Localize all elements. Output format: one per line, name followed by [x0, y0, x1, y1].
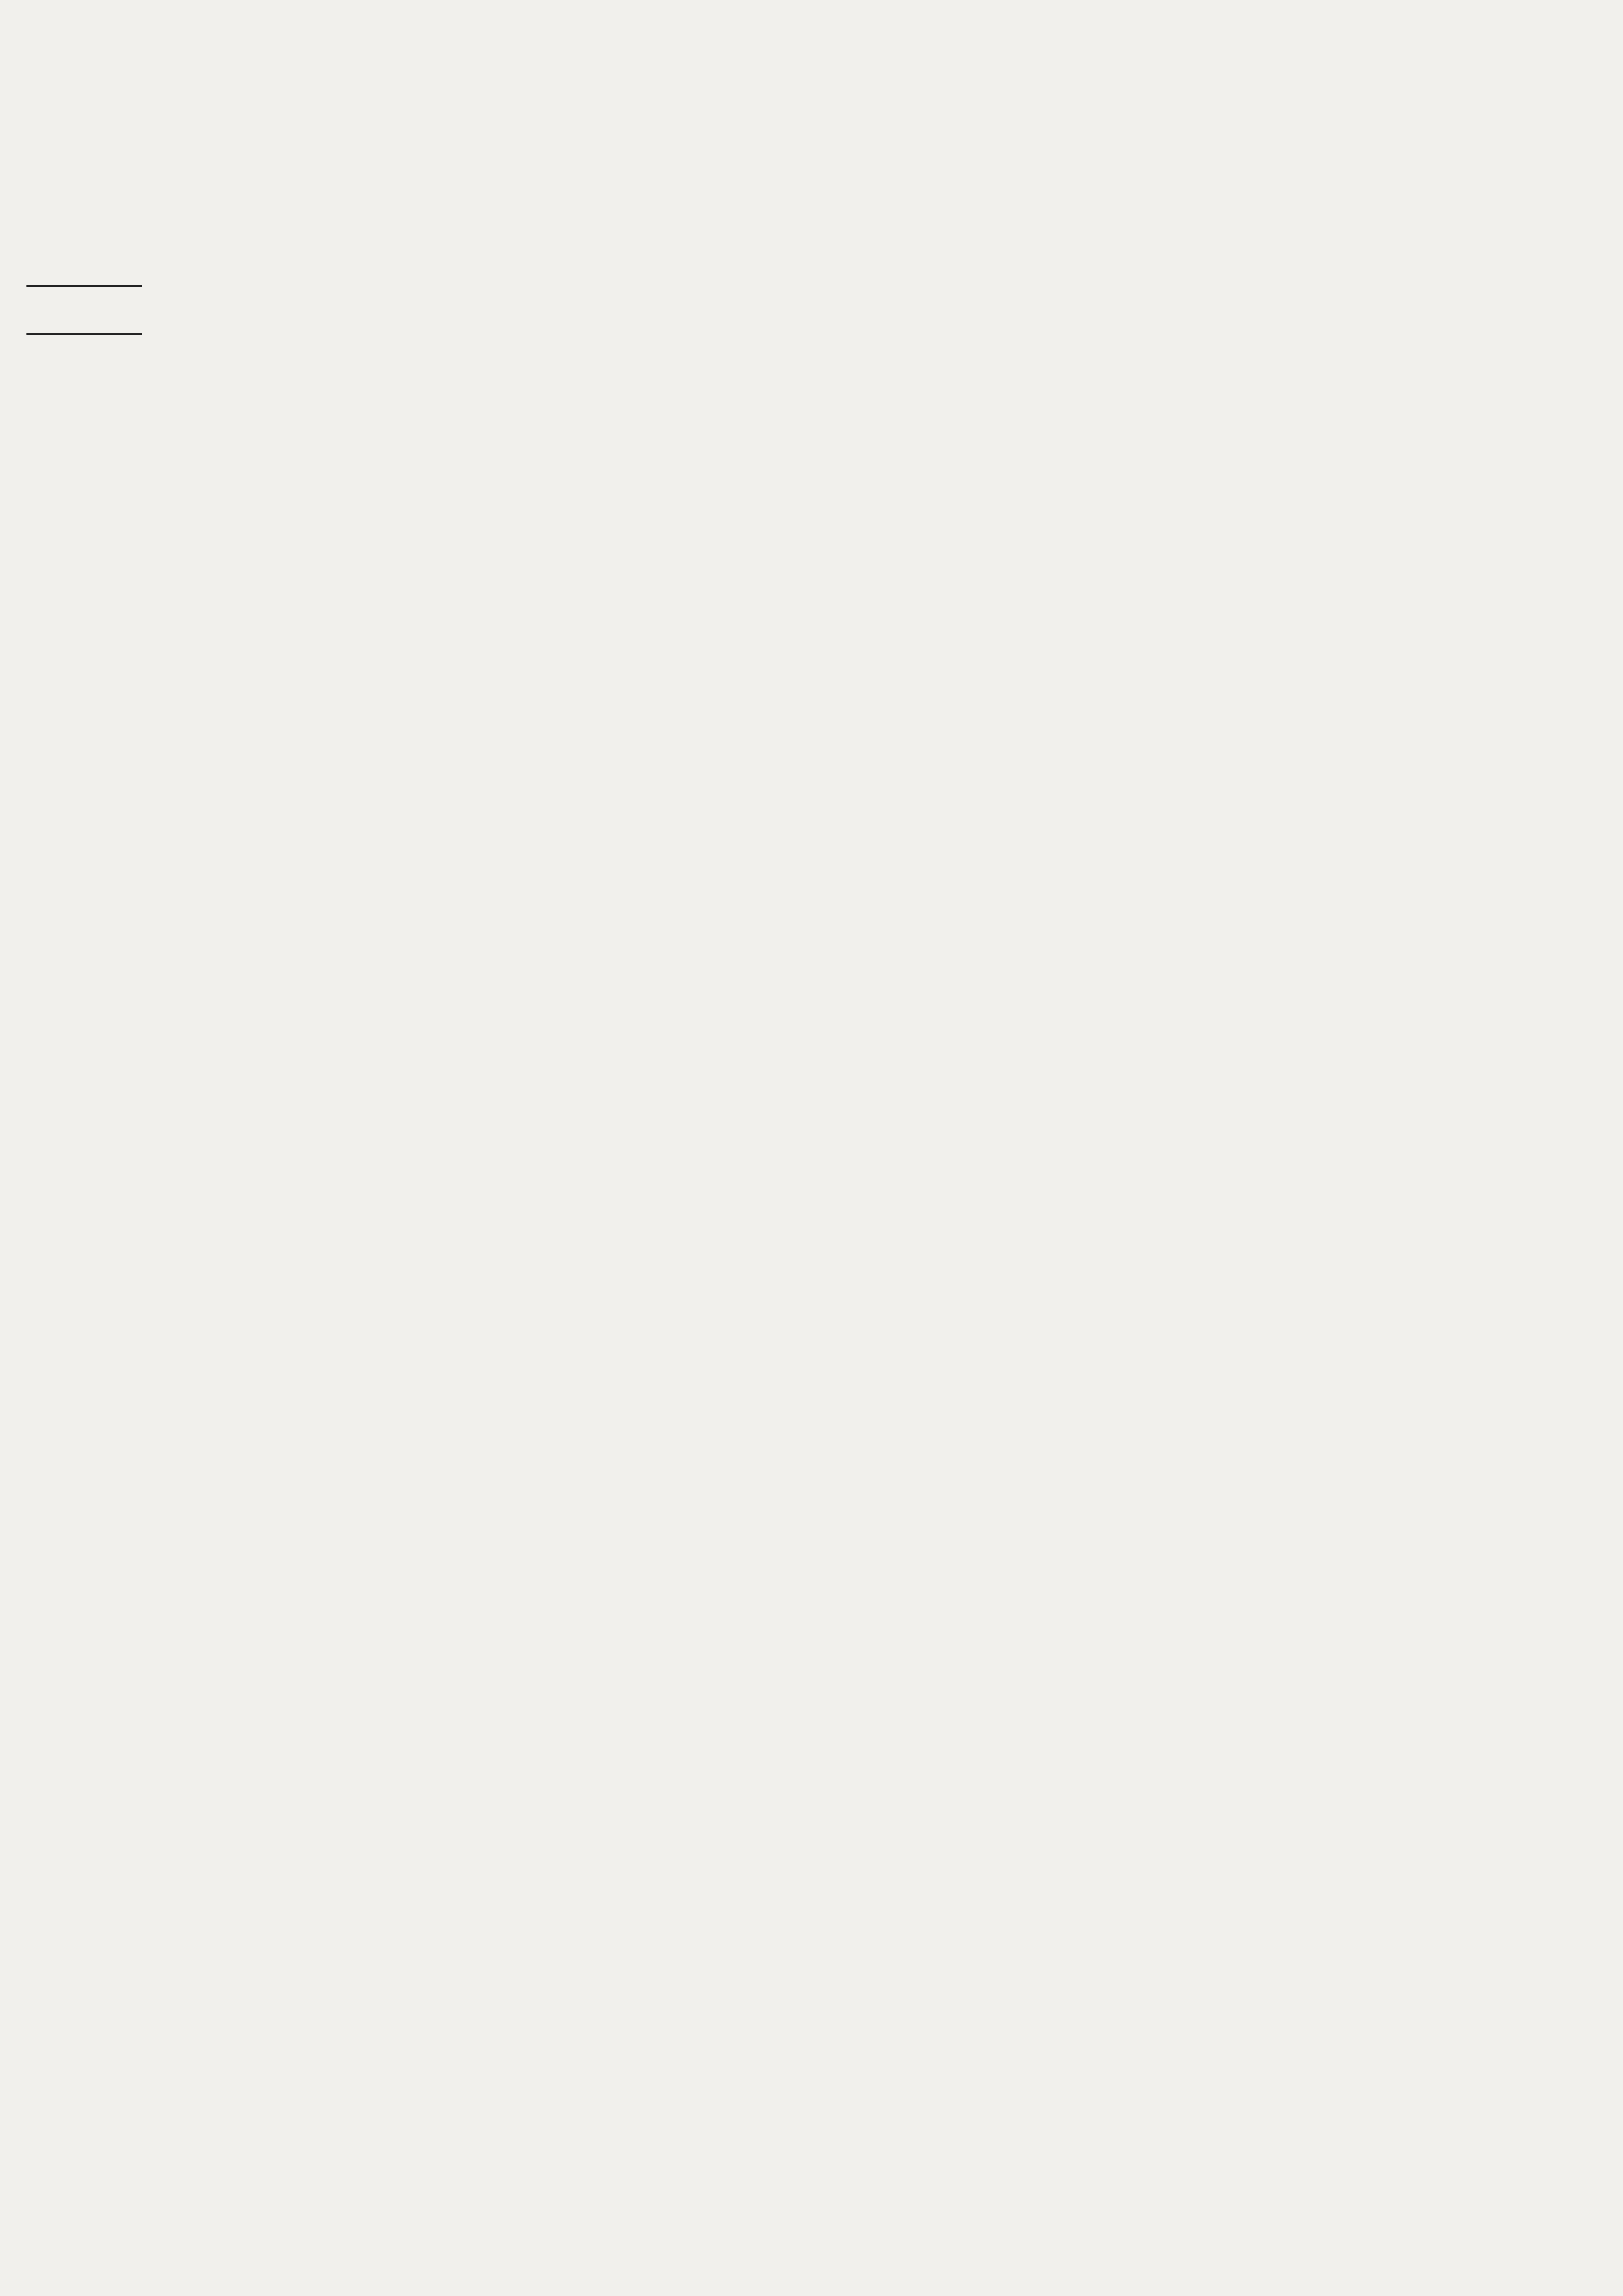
- margin-rule: [26, 333, 142, 335]
- previous-page-margin: [13, 0, 139, 2296]
- margin-rule: [26, 285, 142, 287]
